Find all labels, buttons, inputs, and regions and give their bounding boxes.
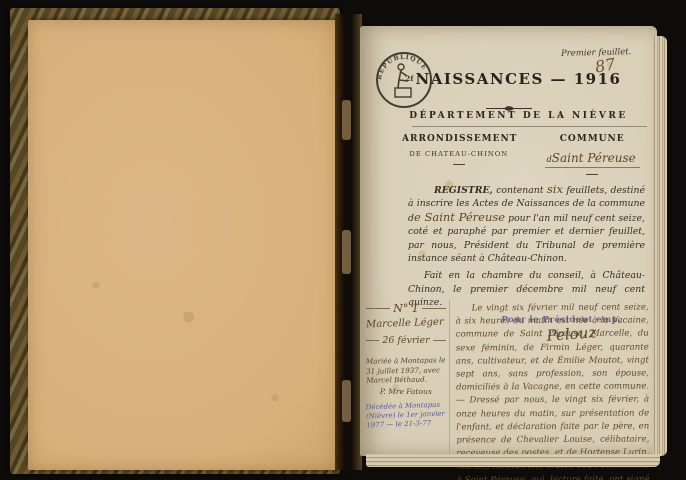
act-number: N° 1 <box>393 302 419 315</box>
page-fore-edge-stack <box>653 36 667 456</box>
page-bottom-edge-stack <box>366 454 660 467</box>
department-rule <box>412 126 647 127</box>
death-margin-note: Décédée à Montapas (Nièvre) le 1er janvi… <box>366 400 447 430</box>
register-lead: REGISTRE, <box>434 185 493 196</box>
margin-rule <box>366 308 390 309</box>
arrondissement-block: ARRONDISSEMENT DE CHATEAU-CHINON <box>402 134 516 175</box>
page-title: NAISSANCES — 1916 <box>400 70 637 88</box>
commune-dash <box>586 174 598 175</box>
feuillets-count-handwritten: six <box>547 182 563 196</box>
register-seg1: contenant <box>493 185 547 196</box>
commune-label: COMMUNE <box>535 134 649 144</box>
act-margin-column: N° 1 Marcelle Léger 26 février Mariée à … <box>360 300 450 454</box>
marriage-note-signature: P. Mre Fatoux <box>366 387 446 396</box>
margin-rule <box>433 340 446 341</box>
act-body-text: Le vingt six février mil neuf cent seize… <box>450 299 652 454</box>
arrondissement-label: ARRONDISSEMENT <box>402 134 516 144</box>
photo-background: Premier feuillet. 87 RÉPUBLIQUE · FRANÇA… <box>0 0 686 480</box>
binding-stitch <box>342 100 351 140</box>
commune-fill-line: dSaint Péreuse <box>545 147 640 168</box>
arrondissement-dash <box>453 164 465 165</box>
act-number-row: N° 1 <box>366 302 446 315</box>
marriage-margin-note: Mariée à Montapas le 31 juillet 1937, av… <box>366 355 446 385</box>
book-gutter <box>335 14 362 470</box>
department-heading: DÉPARTEMENT DE LA NIÈVRE <box>390 111 647 121</box>
act-date-row: 26 février <box>366 335 446 346</box>
left-blank-page <box>28 20 337 470</box>
register-commune-handwritten: e Saint Péreuse <box>414 210 505 224</box>
birth-act-entry: N° 1 Marcelle Léger 26 février Mariée à … <box>360 300 651 454</box>
arrondissement-value: DE CHATEAU-CHINON <box>402 150 516 158</box>
right-register-page: Premier feuillet. 87 RÉPUBLIQUE · FRANÇA… <box>360 26 657 456</box>
act-child-name: Marcelle Léger <box>366 317 446 331</box>
margin-rule <box>366 340 379 341</box>
register-statement-paragraph: REGISTRE, contenant six feuillets, desti… <box>408 183 645 265</box>
commune-block: COMMUNE dSaint Péreuse <box>535 134 649 175</box>
binding-stitch <box>342 230 351 274</box>
act-date: 26 février <box>382 335 429 346</box>
jurisdiction-columns: ARRONDISSEMENT DE CHATEAU-CHINON COMMUNE… <box>402 134 649 175</box>
binding-stitch <box>342 380 351 422</box>
margin-rule <box>422 308 446 309</box>
commune-value-handwritten: Saint Péreuse <box>552 151 636 165</box>
